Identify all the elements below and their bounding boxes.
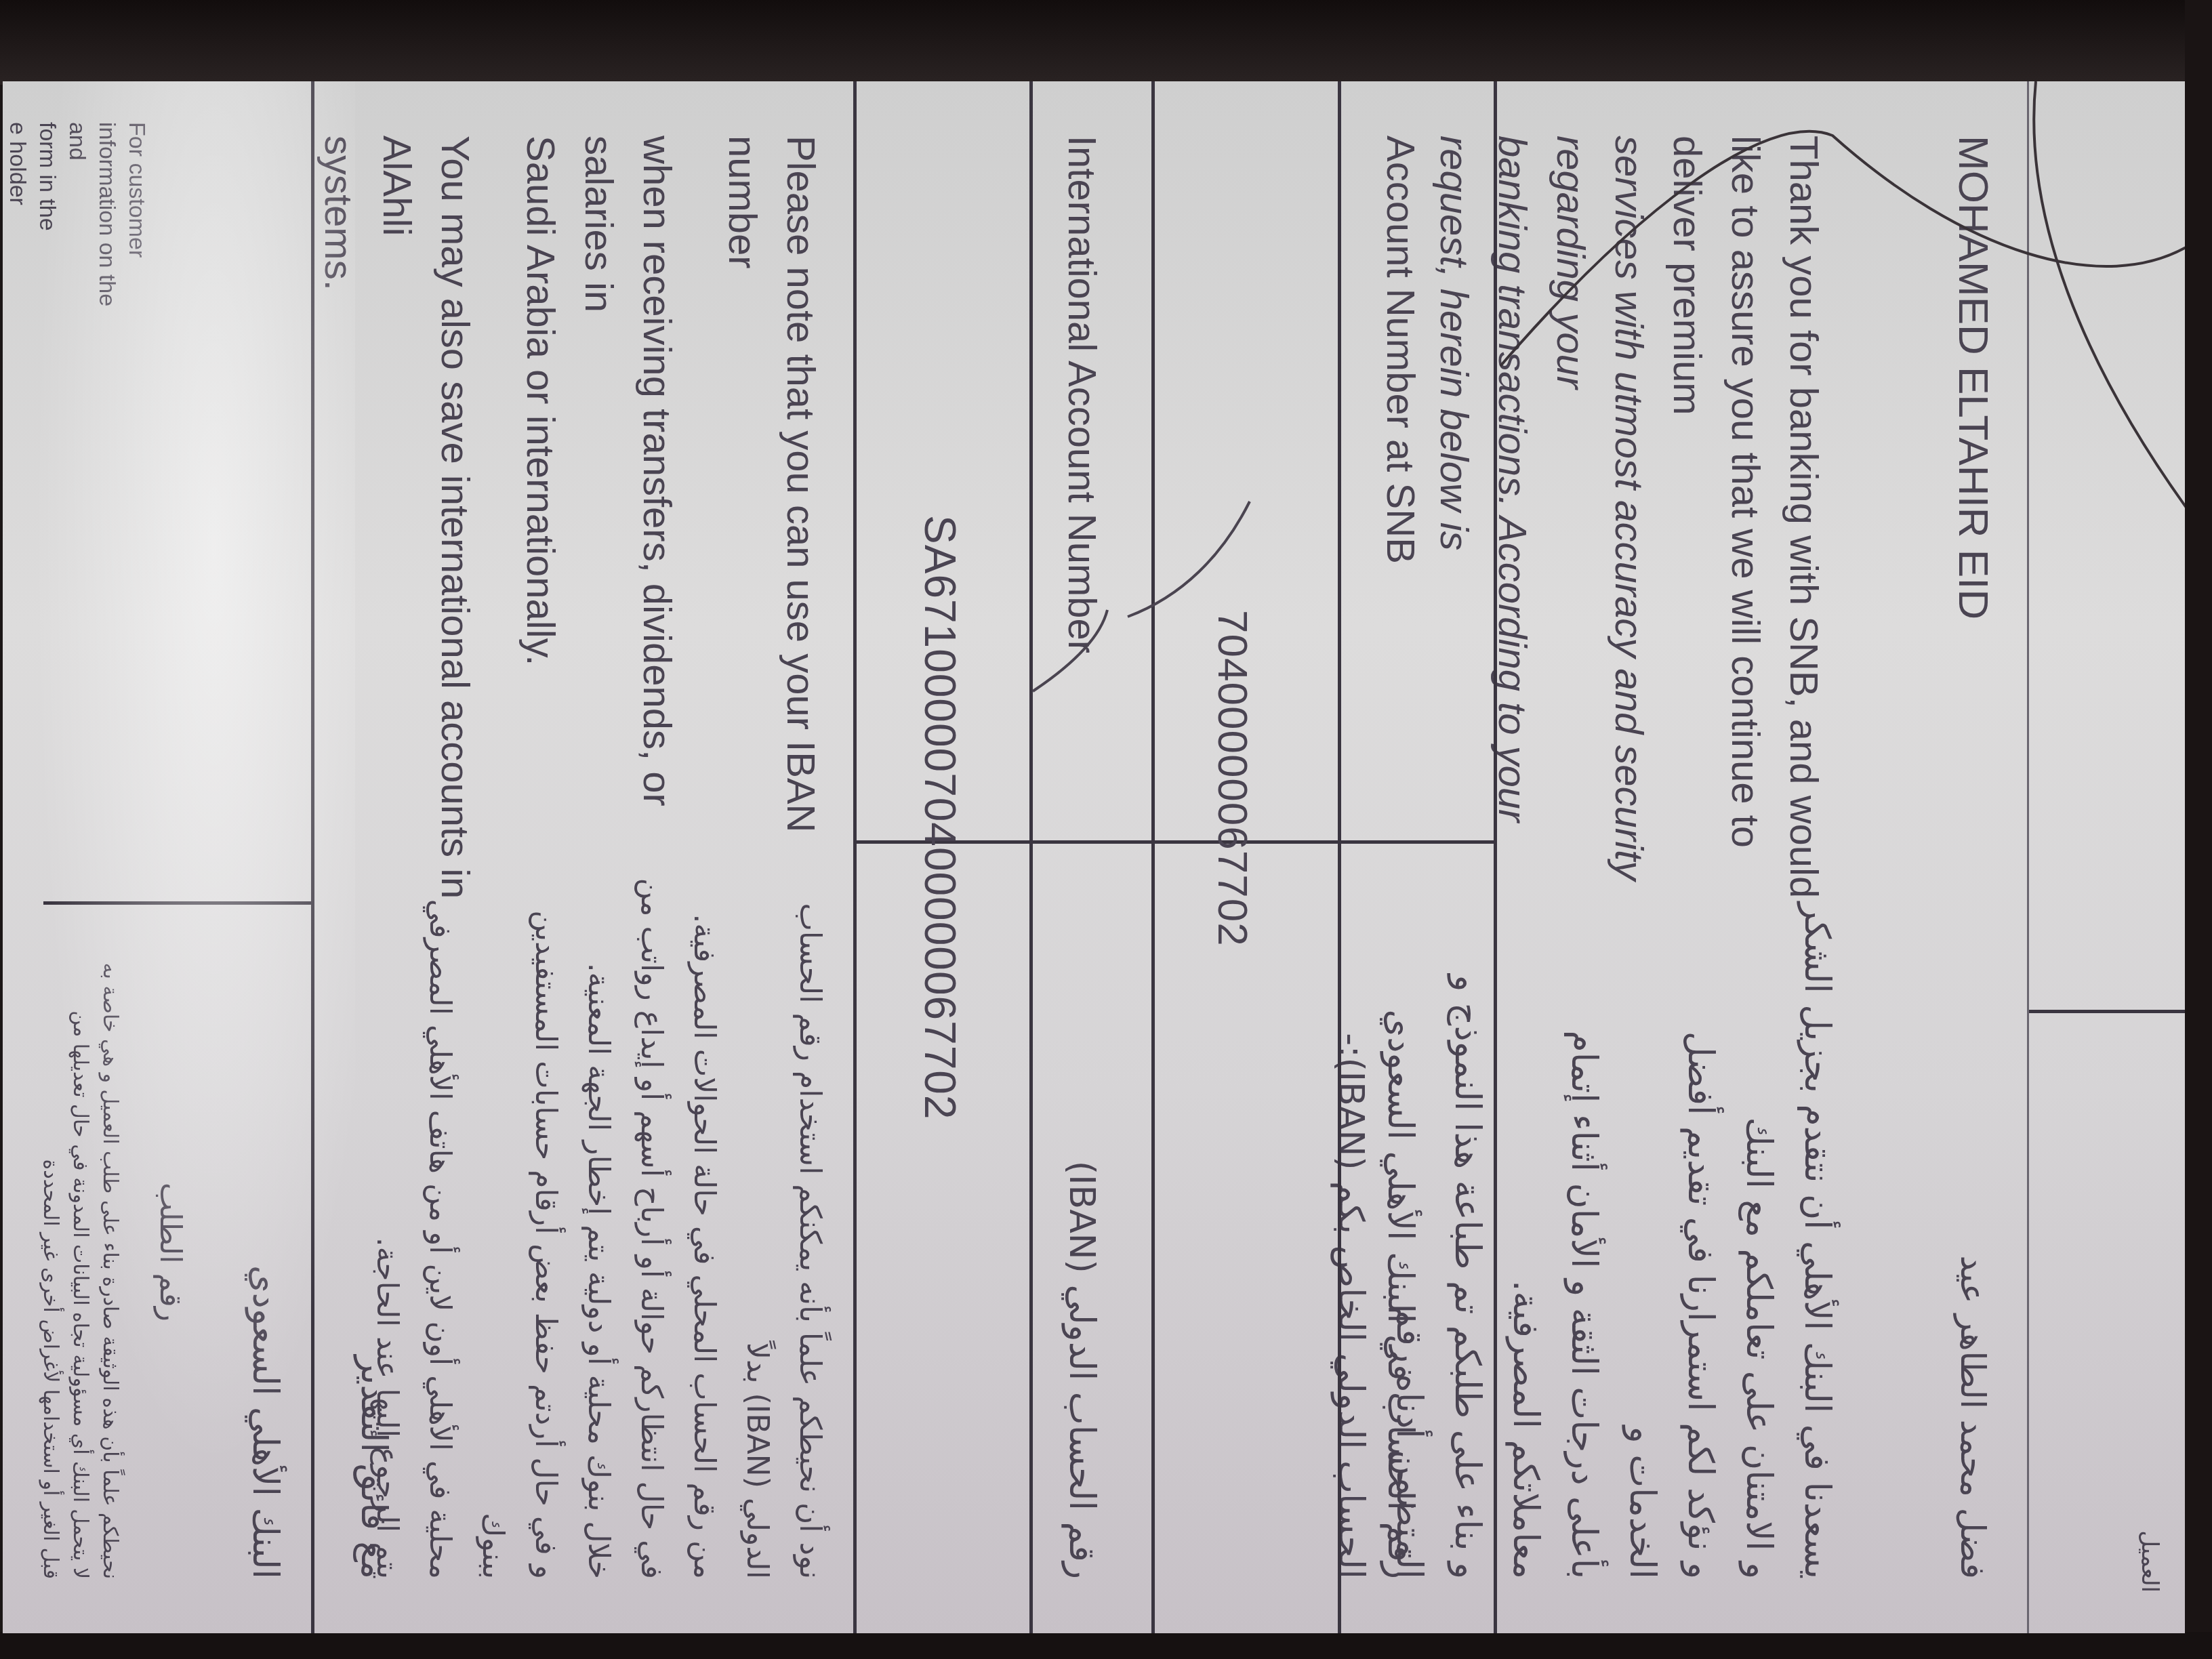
background-frame-top [0, 0, 2212, 85]
background-frame-right [2185, 0, 2212, 1659]
table-top-border [1494, 81, 1497, 1633]
background-frame-bottom [0, 1632, 2212, 1659]
account-number-value: 70400000067702 [1208, 610, 1256, 947]
table-row-divider-3 [1029, 81, 1033, 1633]
header-rule [2027, 81, 2029, 1633]
iban-notes-en: Please note that you can use your IBAN n… [309, 136, 829, 915]
iban-label-en: International Account Number [1052, 136, 1111, 653]
closing-regards-ar: مع فائق التقدير [344, 1355, 403, 1579]
account-label-ar: رقم الحساب في البنك الأهلي السعودي [1371, 1009, 1429, 1579]
footer-fineprint-ar: نحيطكم علماً بأن هذه الوثيقة صادرة بناء … [35, 834, 125, 1579]
iban-label-ar: رقم الحساب الدولي (IBAN) [1052, 1161, 1111, 1579]
table-bottom-border [853, 81, 857, 1633]
table-row-divider-1 [1338, 81, 1341, 1633]
signature-box-top [311, 81, 314, 1633]
account-label-en: Account Number at SNB [1371, 136, 1429, 564]
iban-notes-ar: نود أن نحيطكم علماً بأنه يمكنكم استخدام … [361, 847, 836, 1579]
customer-name-ar: فضل محمد الطاهر عيد [1944, 1255, 2002, 1579]
bank-signature-ar: البنك الأهلي السعودي [236, 1265, 294, 1579]
table-row-divider-2 [1151, 81, 1155, 1633]
iban-certificate-document: العميل MOHAMED ELTAHIR EID فضل محمد الطا… [3, 81, 2185, 1633]
footer-fineprint-en: For customer information on the and form… [3, 122, 152, 393]
header-divider [2029, 1010, 2185, 1013]
customer-label-ar: العميل [2135, 1530, 2165, 1593]
paper-sheet: العميل MOHAMED ELTAHIR EID فضل محمد الطا… [3, 81, 2185, 1633]
intro-paragraph-en: Thank you for banking with SNB, and woul… [1425, 136, 1832, 949]
iban-value: SA6710000070400000067702 [915, 515, 965, 1120]
customer-name-en: MOHAMED ELTAHIR EID [1944, 136, 2002, 619]
request-number-label-ar: رقم الطلب [141, 1183, 199, 1322]
